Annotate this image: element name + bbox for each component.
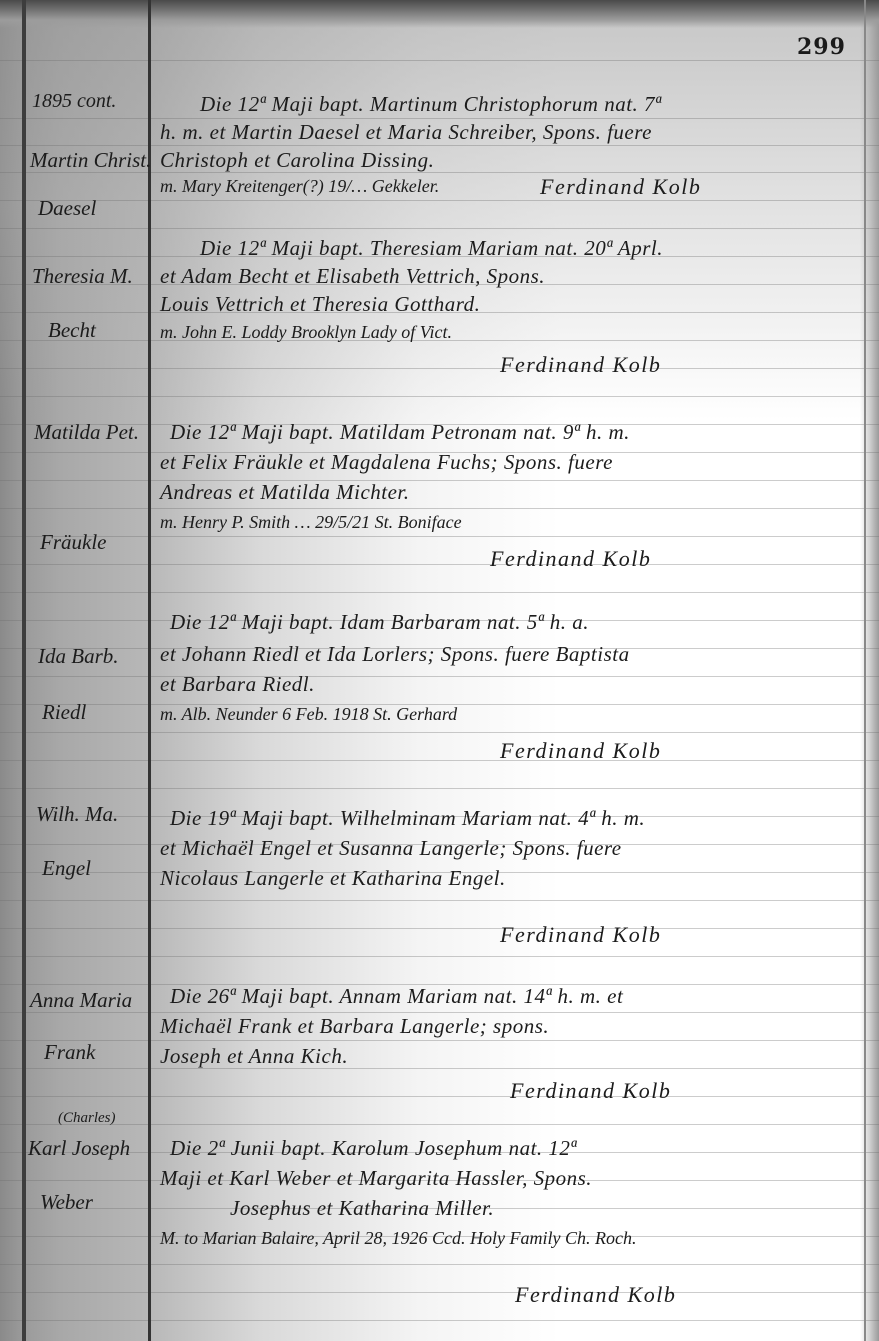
ruled-line: [0, 228, 879, 229]
ruled-line: [0, 928, 879, 929]
ruled-line: [0, 1068, 879, 1069]
margin-given-name: Anna Maria: [30, 988, 132, 1013]
priest-signature: Ferdinand Kolb: [515, 1282, 676, 1308]
margin-given-name: Wilh. Ma.: [36, 802, 118, 827]
entry-line: et Michaël Engel et Susanna Langerle; Sp…: [160, 836, 622, 861]
marriage-note: m. Mary Kreitenger(?) 19/… Gekkeler.: [160, 176, 439, 197]
ruled-line: [0, 760, 879, 761]
ruled-line: [0, 732, 879, 733]
ruled-line: [0, 1124, 879, 1125]
entry-line: Die 2ª Junii bapt. Karolum Josephum nat.…: [170, 1136, 577, 1161]
ruled-line: [0, 956, 879, 957]
entry-line: et Barbara Riedl.: [160, 672, 315, 697]
entry-line: Joseph et Anna Kich.: [160, 1044, 348, 1069]
ruled-line: [0, 592, 879, 593]
ruled-line: [0, 508, 879, 509]
ruled-line: [0, 118, 879, 119]
ruled-line: [0, 396, 879, 397]
ruled-line: [0, 536, 879, 537]
entry-line: et Adam Becht et Elisabeth Vettrich, Spo…: [160, 264, 545, 289]
priest-signature: Ferdinand Kolb: [500, 352, 661, 378]
entry-line: Andreas et Matilda Michter.: [160, 480, 410, 505]
photocopy-shading: [0, 0, 879, 420]
margin-surname: Riedl: [42, 700, 86, 725]
entry-line: Louis Vettrich et Theresia Gotthard.: [160, 292, 480, 317]
entry-line: Die 26ª Maji bapt. Annam Mariam nat. 14ª…: [170, 984, 623, 1009]
margin-given-name: Martin Christ.: [30, 148, 151, 173]
left-margin-line: [22, 0, 26, 1341]
ruled-line: [0, 200, 879, 201]
entry-line: h. m. et Martin Daesel et Maria Schreibe…: [160, 120, 652, 145]
entry-line: Die 12ª Maji bapt. Martinum Christophoru…: [200, 92, 661, 117]
priest-signature: Ferdinand Kolb: [490, 546, 651, 572]
margin-surname: Engel: [42, 856, 91, 881]
margin-given-name: Ida Barb.: [38, 644, 119, 669]
entry-line: Die 12ª Maji bapt. Idam Barbaram nat. 5ª…: [170, 610, 589, 635]
year-note: 1895 cont.: [32, 90, 116, 113]
priest-signature: Ferdinand Kolb: [500, 738, 661, 764]
margin-given-name: Theresia M.: [32, 264, 133, 289]
ruled-line: [0, 1320, 879, 1321]
ruled-line: [0, 900, 879, 901]
ruled-line: [0, 788, 879, 789]
entry-line: Die 12ª Maji bapt. Matildam Petronam nat…: [170, 420, 630, 445]
ruled-line: [0, 368, 879, 369]
ruled-line: [0, 1292, 879, 1293]
entry-line: Michaël Frank et Barbara Langerle; spons…: [160, 1014, 549, 1039]
margin-surname: Weber: [40, 1190, 93, 1215]
ruled-line: [0, 676, 879, 677]
marriage-note: m. Henry P. Smith … 29/5/21 St. Boniface: [160, 512, 462, 533]
margin-surname: Becht: [48, 318, 96, 343]
marriage-note: m. John E. Loddy Brooklyn Lady of Vict.: [160, 322, 452, 343]
margin-surname: Daesel: [38, 196, 96, 221]
right-edge-line: [864, 0, 866, 1341]
ruled-line: [0, 60, 879, 61]
priest-signature: Ferdinand Kolb: [510, 1078, 671, 1104]
margin-anglicized-name: (Charles): [58, 1110, 116, 1127]
entry-line: et Felix Fräukle et Magdalena Fuchs; Spo…: [160, 450, 613, 475]
ruled-line: [0, 1264, 879, 1265]
marriage-note: M. to Marian Balaire, April 28, 1926 Ccd…: [160, 1228, 636, 1249]
register-page: 299 1895 cont. Martin Christ. Daesel Die…: [0, 0, 879, 1341]
margin-given-name: Matilda Pet.: [34, 420, 139, 445]
entry-line: et Johann Riedl et Ida Lorlers; Spons. f…: [160, 642, 630, 667]
ruled-line: [0, 1040, 879, 1041]
entry-line: Die 12ª Maji bapt. Theresiam Mariam nat.…: [200, 236, 663, 261]
ruled-line: [0, 1096, 879, 1097]
entry-line: Nicolaus Langerle et Katharina Engel.: [160, 866, 506, 891]
margin-surname: Frank: [44, 1040, 95, 1065]
ruled-line: [0, 564, 879, 565]
priest-signature: Ferdinand Kolb: [540, 174, 701, 200]
page-number: 299: [797, 34, 846, 60]
name-column-divider: [148, 0, 151, 1341]
ruled-line: [0, 480, 879, 481]
ruled-line: [0, 145, 879, 146]
marriage-note: m. Alb. Neunder 6 Feb. 1918 St. Gerhard: [160, 704, 457, 725]
entry-line: Josephus et Katharina Miller.: [230, 1196, 494, 1221]
entry-line: Die 19ª Maji bapt. Wilhelminam Mariam na…: [170, 806, 645, 831]
entry-line: Maji et Karl Weber et Margarita Hassler,…: [160, 1166, 592, 1191]
margin-surname: Fräukle: [40, 530, 106, 555]
entry-line: Christoph et Carolina Dissing.: [160, 148, 434, 173]
priest-signature: Ferdinand Kolb: [500, 922, 661, 948]
margin-given-name: Karl Joseph: [28, 1136, 130, 1161]
page-top-edge: [0, 0, 879, 28]
